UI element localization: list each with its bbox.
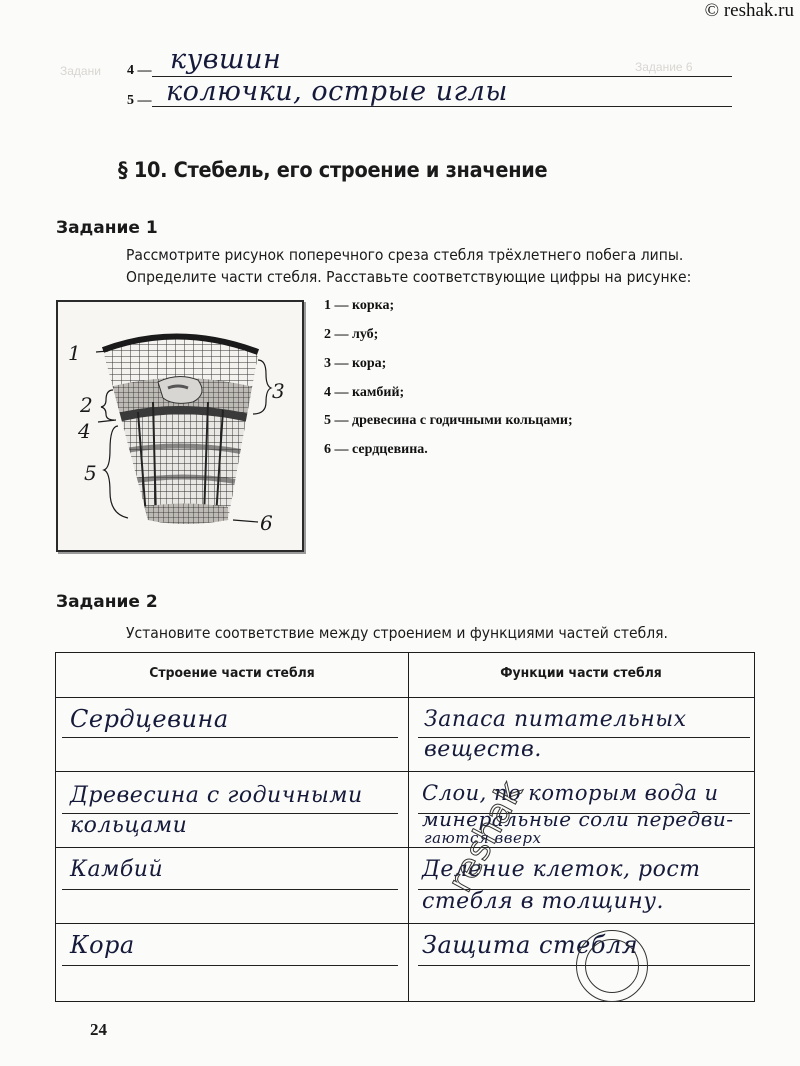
figure-label-1: 1	[68, 341, 81, 365]
row4-structure[interactable]: Кора	[70, 931, 135, 959]
row3-function-line2[interactable]: стебля в толщину.	[422, 889, 664, 914]
figure-label-5: 5	[84, 461, 97, 485]
row1-structure[interactable]: Сердцевина	[70, 705, 229, 733]
task2-heading: Задание 2	[56, 592, 158, 612]
table-header-structure: Строение части стебля	[70, 665, 394, 681]
copyright-stamp-icon	[576, 930, 648, 1002]
stem-cross-section-figure: 1 2 3 4 5 6	[56, 300, 304, 552]
figure-label-4: 4	[77, 419, 91, 443]
task2-text: Установите соответствие между строением …	[126, 622, 668, 644]
section-title: § 10. Стебель, его строение и значение	[118, 158, 547, 182]
table-header-function: Функции части стебля	[422, 665, 740, 681]
legend-item-6: 6 — сердцевина.	[324, 442, 428, 458]
bleed-through-text: Задание 6	[635, 60, 693, 74]
legend-item-4: 4 — камбий;	[324, 385, 404, 401]
table-header-rule	[56, 697, 754, 698]
legend-item-5: 5 — древесина с годичными кольцами;	[324, 413, 573, 429]
row3-structure[interactable]: Камбий	[70, 857, 163, 882]
page-number: 24	[90, 1020, 107, 1040]
matching-table: Строение части стебля Функции части стеб…	[55, 652, 755, 1002]
row2-function-line1[interactable]: Слои, по которым вода и	[422, 781, 719, 805]
legend-item-1: 1 — корка;	[324, 298, 394, 314]
task1-text-line2: Определите части стебля. Расставьте соот…	[126, 266, 691, 288]
answer-number-5: 5 —	[127, 93, 152, 109]
row1-function-line2[interactable]: веществ.	[424, 737, 542, 762]
row2-structure-line2[interactable]: кольцами	[70, 813, 187, 838]
task1-heading: Задание 1	[56, 218, 158, 238]
bleed-through-text: Задани	[60, 64, 101, 78]
answer-number-4: 4 —	[127, 63, 152, 79]
task1-text-line1: Рассмотрите рисунок поперечного среза ст…	[126, 244, 683, 266]
table-row-rule	[56, 847, 754, 848]
figure-label-2: 2	[79, 393, 93, 417]
copyright-watermark: © reshak.ru	[705, 0, 794, 22]
answer-text-5[interactable]: колючки, острые иглы	[166, 76, 508, 107]
stem-cross-section-illustration: 1 2 3 4 5 6	[58, 302, 302, 550]
row2-structure-line1[interactable]: Древесина с годичными	[70, 783, 363, 808]
table-column-divider	[408, 653, 409, 1001]
table-row-rule	[56, 771, 754, 772]
legend-item-3: 3 — кора;	[324, 356, 386, 372]
figure-label-6: 6	[260, 511, 273, 535]
answer-text-4[interactable]: кувшин	[170, 44, 281, 75]
figure-label-3: 3	[272, 379, 285, 403]
legend-item-2: 2 — луб;	[324, 327, 378, 343]
row1-function-line1[interactable]: Запаса питательных	[424, 707, 687, 732]
table-row-rule	[56, 923, 754, 924]
